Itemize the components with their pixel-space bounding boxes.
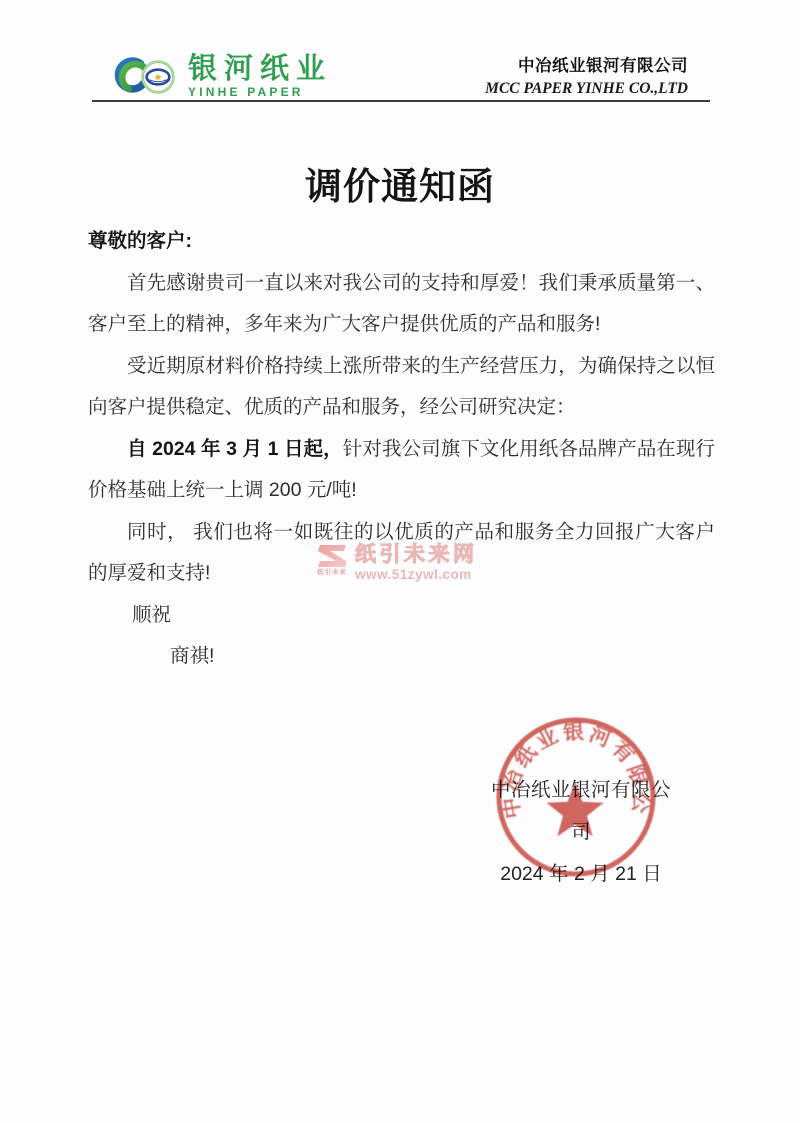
paragraph-reason: 受近期原材料价格持续上涨所带来的生产经营压力，为确保持之以恒向客户提供稳定、优质… <box>88 346 715 429</box>
salutation: 尊敬的客户: <box>88 221 715 263</box>
letter-page: 银河纸业 YINHE PAPER 中冶纸业银河有限公司 MCC PAPER YI… <box>0 0 800 1123</box>
company-logo: 银河纸业 YINHE PAPER <box>114 54 332 100</box>
header-divider <box>92 100 710 102</box>
closing-wish: 顺祝 <box>88 595 715 637</box>
company-name-en: MCC PAPER YINHE CO.,LTD <box>485 79 688 99</box>
paragraph-thanks: 首先感谢贵司一直以来对我公司的支持和厚爱！我们秉承质量第一、客户至上的精神，多年… <box>88 263 715 346</box>
document-title: 调价通知函 <box>88 156 712 210</box>
logo-swirl-icon <box>114 54 178 100</box>
logo-name-cn: 银河纸业 <box>188 54 332 84</box>
logo-wordmark: 银河纸业 YINHE PAPER <box>188 54 332 100</box>
letterhead-company: 中冶纸业银河有限公司 MCC PAPER YINHE CO.,LTD <box>485 56 688 99</box>
closing-regards: 商祺! <box>88 636 715 678</box>
paragraph-adjustment: 自 2024 年 3 月 1 日起，针对我公司旗下文化用纸各品牌产品在现行价格基… <box>88 429 715 512</box>
star-icon <box>547 782 604 836</box>
company-name-cn: 中冶纸业银河有限公司 <box>485 56 688 77</box>
letter-body: 尊敬的客户: 首先感谢贵司一直以来对我公司的支持和厚爱！我们秉承质量第一、客户至… <box>88 221 715 678</box>
paragraph-commitment: 同时， 我们也将一如既往的以优质的产品和服务全力回报广大客户的厚爱和支持! <box>88 512 715 595</box>
logo-name-en: YINHE PAPER <box>188 85 332 100</box>
effective-date: 自 2024 年 3 月 1 日起， <box>127 438 343 460</box>
company-seal-stamp: 中冶纸业银河有限公司 <box>494 715 658 879</box>
